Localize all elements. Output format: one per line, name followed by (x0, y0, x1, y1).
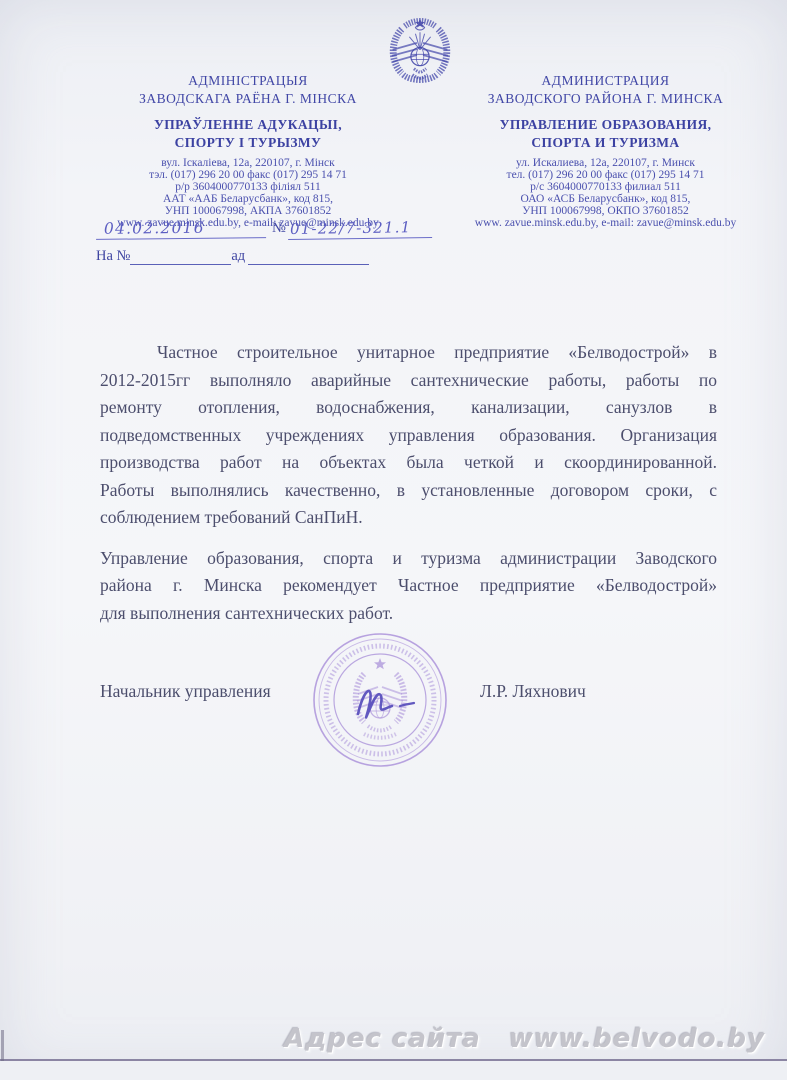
site-watermark: Адрес сайтаwww.belvodo.by (284, 1024, 765, 1054)
org-name-line: ЗАВОДСКОГО РАЙОНА Г. МИНСКА (448, 90, 763, 108)
letterhead-belarusian-column: АДМІНІСТРАЦЫЯ ЗАВОДСКАГА РАЁНА Г. МІНСКА… (92, 72, 404, 229)
body-line: подведомственных учреждениях управления … (100, 422, 717, 450)
handwritten-date: 04.02.2016 (96, 218, 266, 240)
watermark-url: www.belvodo.by (509, 1024, 765, 1054)
signature-row: Начальник управления Л.Р. Ляхнович (100, 681, 720, 702)
org-name-line: АДМІНІСТРАЦЫЯ (92, 72, 404, 90)
body-line: для выполнения сантехнических работ. (100, 600, 717, 628)
signer-job-title: Начальник управления (100, 681, 271, 702)
body-line: соблюдением требований СанПиН. (100, 504, 717, 532)
letterhead-detail-line: УНП 100067998, АКПА 37601852 (92, 205, 404, 217)
body-line: ремонту отопления, водоснабжения, канали… (100, 394, 717, 422)
letterhead-detail-line: УНП 100067998, ОКПО 37601852 (448, 205, 763, 217)
reference-block: 04.02.2016 № 01-22/7-321.1 На № ад (96, 219, 436, 265)
body-line: района г. Минска рекомендует Частное пре… (100, 572, 717, 600)
reply-number-blank-line (130, 250, 231, 265)
scanned-letter-page: АДМІНІСТРАЦЫЯ ЗАВОДСКАГА РАЁНА Г. МІНСКА… (0, 0, 787, 1080)
scan-left-edge-artifact (1, 1030, 4, 1061)
scan-background-strip (0, 1061, 787, 1080)
dept-name-line: СПОРТУ І ТУРЫЗМУ (92, 134, 404, 152)
body-line: Управление образования, спорта и туризма… (100, 545, 717, 573)
date-and-number-row: 04.02.2016 № 01-22/7-321.1 (96, 219, 436, 239)
letter-body: Частное строительное унитарное предприят… (100, 339, 717, 627)
dept-name-line: СПОРТА И ТУРИЗМА (448, 134, 763, 152)
body-line: Работы выполнялись качественно, в устано… (100, 477, 717, 505)
dept-name-line: УПРАЎЛЕННЕ АДУКАЦЫІ, (92, 116, 404, 134)
letterhead-detail-line: www. zavue.minsk.edu.by, e-mail: zavue@m… (448, 217, 763, 229)
paragraph-recommendation-statement: Управление образования, спорта и туризма… (100, 545, 717, 628)
org-name-line: ЗАВОДСКАГА РАЁНА Г. МІНСКА (92, 90, 404, 108)
letterhead-detail-line: ул. Искалиева, 12а, 220107, г. Минск (448, 157, 763, 169)
paragraph-recommendation-history: Частное строительное унитарное предприят… (100, 339, 717, 532)
dept-name-line: УПРАВЛЕНИЕ ОБРАЗОВАНИЯ, (448, 116, 763, 134)
contact-details-block: ул. Искалиева, 12а, 220107, г. Минск тел… (448, 157, 763, 229)
letterhead-detail-line: р/с 3604000770133 филиал 511 (448, 181, 763, 193)
watermark-label: Адрес сайта (284, 1024, 481, 1054)
letterhead-detail-line: тэл. (017) 296 20 00 факс (017) 295 14 7… (92, 169, 404, 181)
reply-to-label: На № (96, 248, 130, 265)
org-name-line: АДМИНИСТРАЦИЯ (448, 72, 763, 90)
letterhead-detail-line: вул. Іскаліева, 12а, 220107, г. Мінск (92, 157, 404, 169)
letterhead-detail-line: р/р 3604000770133 філіял 511 (92, 181, 404, 193)
handwritten-outgoing-number: 01-22/7-321.1 (288, 218, 432, 240)
letterhead-detail-line: тел. (017) 296 20 00 факс (017) 295 14 7… (448, 169, 763, 181)
letterhead-detail-line: ААТ «ААБ Беларусбанк», код 815, (92, 193, 404, 205)
number-sign-label: № (272, 220, 286, 239)
body-line: Частное строительное унитарное предприят… (100, 339, 717, 367)
reply-from-label: ад (231, 248, 245, 265)
letterhead-russian-column: АДМИНИСТРАЦИЯ ЗАВОДСКОГО РАЙОНА Г. МИНСК… (448, 72, 763, 229)
reply-date-blank-line (248, 250, 369, 265)
signer-name: Л.Р. Ляхнович (480, 681, 586, 702)
body-line: 2012-2015гг выполняло аварийные сантехни… (100, 367, 717, 395)
body-line: производства работ на объектах была четк… (100, 449, 717, 477)
letterhead-detail-line: ОАО «АСБ Беларусбанк», код 815, (448, 193, 763, 205)
reply-reference-row: На № ад (96, 248, 436, 265)
